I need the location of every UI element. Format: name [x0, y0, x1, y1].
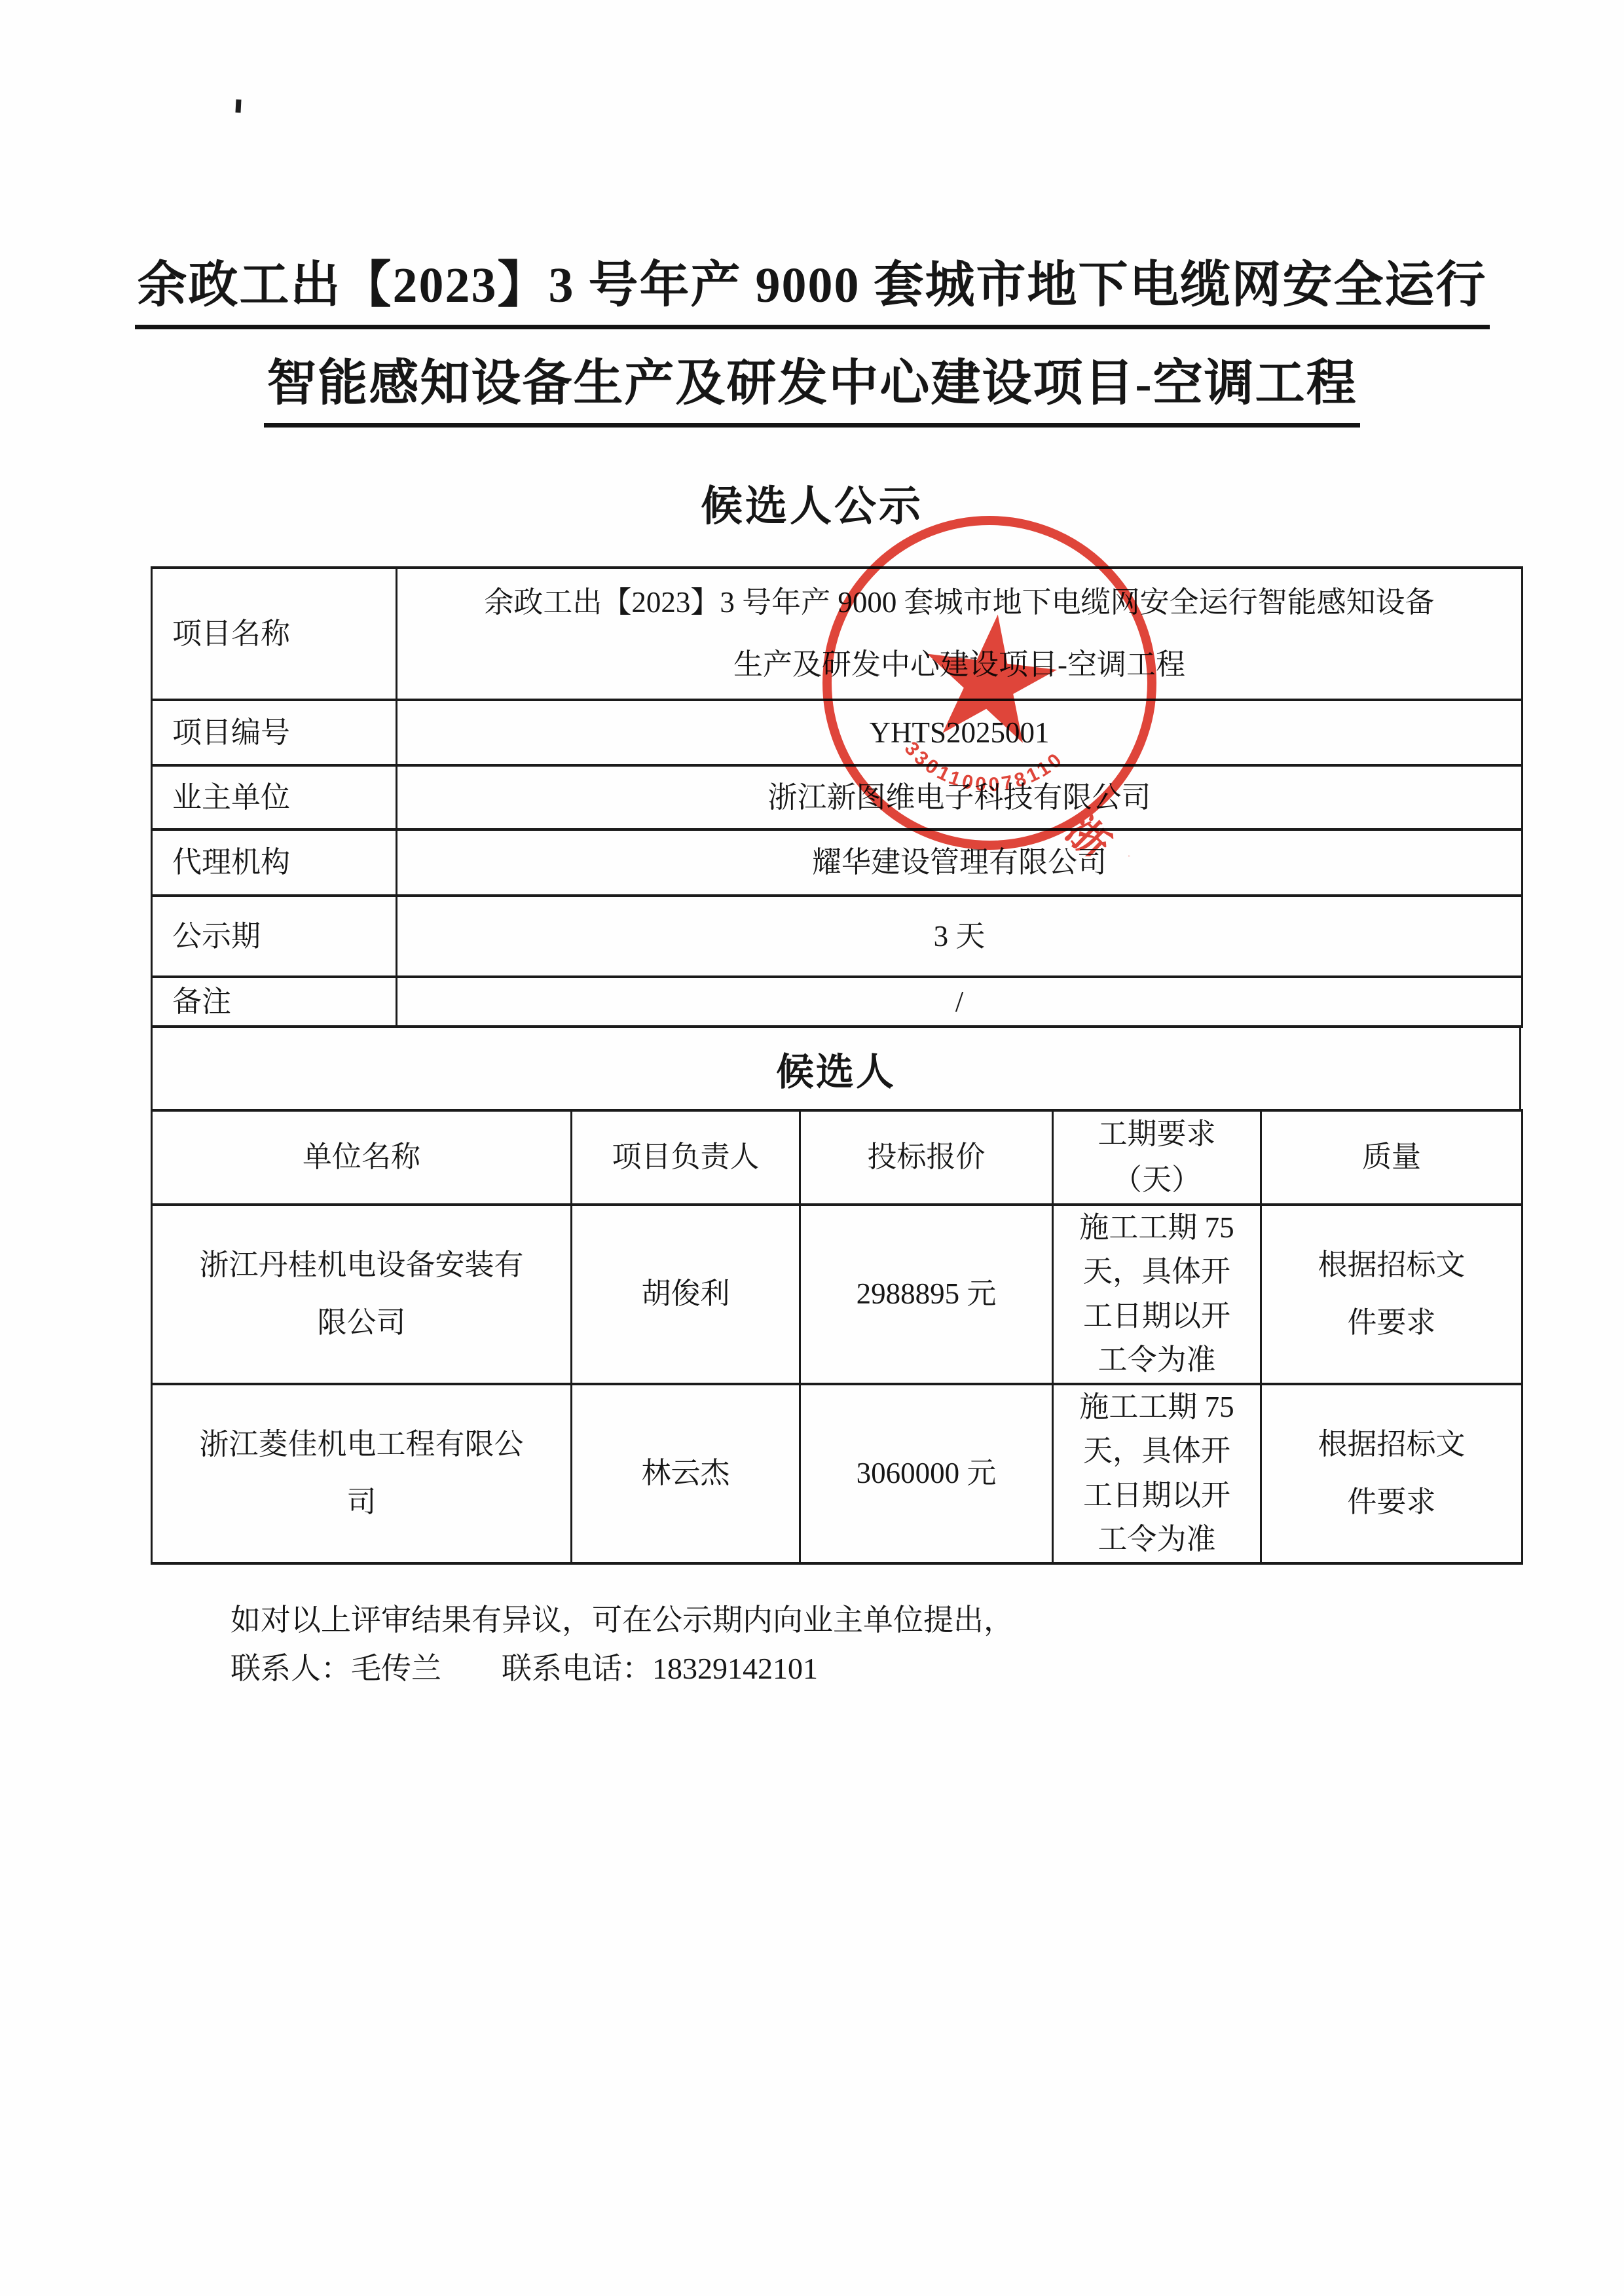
candidate-1-quality: 根据招标文件要求	[1261, 1205, 1522, 1384]
candidates-table: 单位名称 项目负责人 投标报价 工期要求 （天） 质量 浙江丹桂机电设备安装有限…	[151, 1109, 1523, 1565]
candidate-2-manager: 林云杰	[572, 1384, 800, 1563]
candidate-1-company: 浙江丹桂机电设备安装有限公司	[152, 1205, 572, 1384]
candidate-row: 浙江菱佳机电工程有限公司 林云杰 3060000 元 施工工期 75 天，具体开…	[152, 1384, 1522, 1563]
candidate-1-manager: 胡俊利	[572, 1205, 800, 1384]
footer-line2: 联系人：毛传兰联系电话：18329142101	[231, 1645, 1014, 1693]
table-row: 项目编号 YHTS2025001	[152, 700, 1522, 765]
header-duration-line1: 工期要求	[1054, 1112, 1260, 1157]
header-price: 投标报价	[800, 1110, 1053, 1205]
header-duration: 工期要求 （天）	[1053, 1110, 1261, 1205]
contact-phone: 联系电话：18329142101	[502, 1652, 818, 1685]
table-row: 公示期 3 天	[152, 896, 1522, 977]
header-company: 单位名称	[152, 1110, 572, 1205]
remark-value: /	[397, 977, 1522, 1027]
contact-person: 联系人：毛传兰	[231, 1652, 441, 1685]
table-row: 业主单位 浙江新图维电子科技有限公司	[152, 765, 1522, 829]
document-page: 余政工出【2023】3 号年产 9000 套城市地下电缆网安全运行 智能感知设备…	[0, 0, 1624, 2296]
project-code-label: 项目编号	[152, 700, 397, 765]
header-duration-line2: （天）	[1054, 1157, 1260, 1203]
candidate-2-duration: 施工工期 75 天，具体开工日期以开工令为准	[1053, 1384, 1261, 1563]
footer-line1: 如对以上评审结果有异议，可在公示期内向业主单位提出，	[231, 1596, 1014, 1645]
title-line-2: 智能感知设备生产及研发中心建设项目-空调工程	[0, 359, 1624, 409]
publicity-period-value: 3 天	[397, 896, 1522, 977]
page-subtitle: 候选人公示	[0, 473, 1624, 533]
title-line-1: 余政工出【2023】3 号年产 9000 套城市地下电缆网安全运行	[0, 261, 1624, 310]
candidate-2-quality: 根据招标文件要求	[1261, 1384, 1522, 1563]
project-code-value: YHTS2025001	[397, 700, 1522, 765]
project-name-value: 余政工出【2023】3 号年产 9000 套城市地下电缆网安全运行智能感知设备 …	[397, 568, 1522, 700]
table-row: 备注 /	[152, 977, 1522, 1027]
header-manager: 项目负责人	[572, 1110, 800, 1205]
candidate-row: 浙江丹桂机电设备安装有限公司 胡俊利 2988895 元 施工工期 75 天，具…	[152, 1205, 1522, 1384]
project-name-value-line2: 生产及研发中心建设项目-空调工程	[397, 634, 1521, 696]
scan-speck-artifact	[235, 100, 241, 113]
candidates-section-title: 候选人	[151, 1025, 1521, 1112]
remark-label: 备注	[152, 977, 397, 1027]
table-row: 项目名称 余政工出【2023】3 号年产 9000 套城市地下电缆网安全运行智能…	[152, 568, 1522, 700]
candidates-header-row: 单位名称 项目负责人 投标报价 工期要求 （天） 质量	[152, 1110, 1522, 1205]
candidate-2-price: 3060000 元	[800, 1384, 1053, 1563]
candidate-1-price: 2988895 元	[800, 1205, 1053, 1384]
candidate-1-duration: 施工工期 75 天，具体开工日期以开工令为准	[1053, 1205, 1261, 1384]
owner-unit-label: 业主单位	[152, 765, 397, 829]
header-quality: 质量	[1261, 1110, 1522, 1205]
agency-label: 代理机构	[152, 829, 397, 896]
owner-unit-value: 浙江新图维电子科技有限公司	[397, 765, 1522, 829]
project-name-label: 项目名称	[152, 568, 397, 700]
table-row: 代理机构 耀华建设管理有限公司	[152, 829, 1522, 896]
candidate-2-company: 浙江菱佳机电工程有限公司	[152, 1384, 572, 1563]
document-title: 余政工出【2023】3 号年产 9000 套城市地下电缆网安全运行 智能感知设备…	[0, 261, 1624, 457]
project-name-value-line1: 余政工出【2023】3 号年产 9000 套城市地下电缆网安全运行智能感知设备	[397, 572, 1521, 634]
agency-value: 耀华建设管理有限公司	[397, 829, 1522, 896]
publicity-period-label: 公示期	[152, 896, 397, 977]
footer-notice: 如对以上评审结果有异议，可在公示期内向业主单位提出， 联系人：毛传兰联系电话：1…	[231, 1596, 1014, 1692]
project-info-table: 项目名称 余政工出【2023】3 号年产 9000 套城市地下电缆网安全运行智能…	[151, 566, 1523, 1028]
